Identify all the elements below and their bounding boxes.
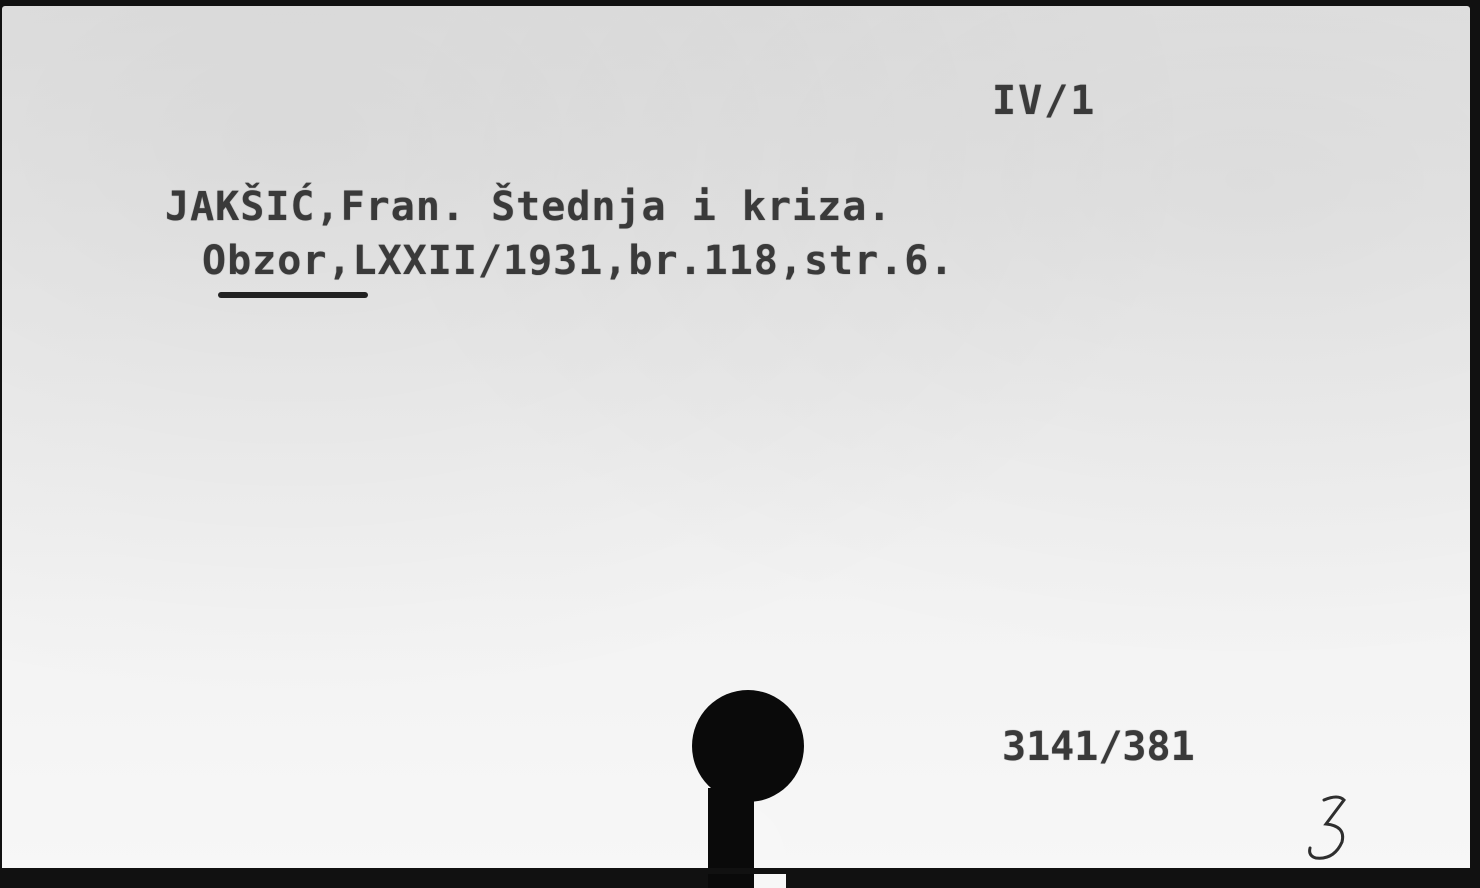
handwritten-number: 3 <box>1302 786 1362 866</box>
author-title-line: JAKŠIĆ,Fran. Štednja i kriza. <box>165 184 892 230</box>
underline-mark <box>218 292 368 298</box>
shelfmark: IV/1 <box>992 78 1096 124</box>
catalog-card: IV/1 JAKŠIĆ,Fran. Štednja i kriza. Obzor… <box>2 6 1470 874</box>
card-bottom-edge <box>2 868 1480 874</box>
call-number: 3141/381 <box>1002 724 1195 770</box>
source-line: Obzor,LXXII/1931,br.118,str.6. <box>202 238 954 284</box>
punch-hole-icon <box>690 688 810 880</box>
